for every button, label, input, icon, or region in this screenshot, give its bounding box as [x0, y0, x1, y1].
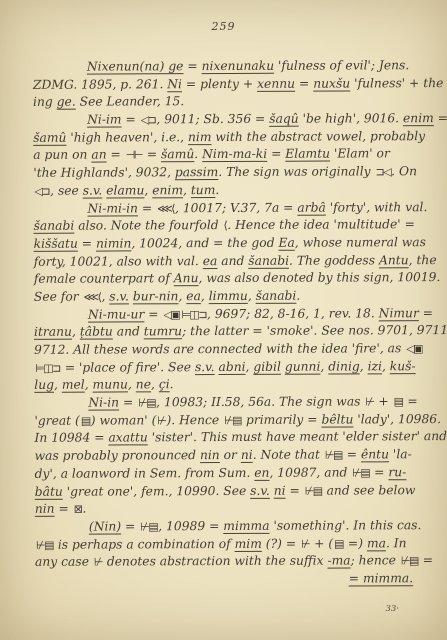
- text-segment: dinig: [328, 359, 360, 373]
- text-segment: kuš-: [390, 359, 416, 373]
- text-segment: =: [419, 553, 433, 567]
- text-segment: 'fulness of evil'; Jens.: [274, 58, 409, 73]
- text-segment: êntu: [361, 447, 389, 461]
- text-segment: kiššatu: [34, 237, 78, 251]
- text-segment: forty, 10021, also with val.: [34, 254, 203, 269]
- text-segment: 'la-: [389, 447, 412, 461]
- text-segment: . The goddess: [289, 253, 379, 267]
- text-segment: ZDMG. 1895, p. 261.: [33, 77, 167, 92]
- cuneiform-sign: ⊬: [300, 537, 310, 550]
- text-segment: (Nin): [89, 519, 121, 533]
- text-segment: 'high heaven', i.e.,: [66, 130, 188, 145]
- text-segment: , the: [409, 253, 437, 267]
- text-segment: ge.: [57, 95, 76, 109]
- cuneiform-sign: ⊬: [364, 395, 374, 408]
- text-segment: xennu: [257, 76, 295, 90]
- text-segment: (?) =: [262, 536, 300, 550]
- text-segment: =: [403, 394, 417, 408]
- text-segment: =: [144, 307, 162, 321]
- text-segment: izi: [368, 359, 382, 373]
- text-segment: 'be high', 9016.: [299, 111, 403, 125]
- text-segment: tum: [191, 183, 216, 197]
- text-segment: nuxšu: [313, 76, 350, 90]
- text-segment: .: [170, 378, 174, 392]
- text-segment: =: [55, 502, 73, 516]
- text-segment: =: [343, 448, 361, 462]
- text-segment: and see below: [323, 483, 416, 497]
- text-segment: ṭâbtu: [80, 325, 113, 339]
- text-segment: bêltu: [321, 412, 353, 426]
- text-segment: =): [344, 536, 367, 550]
- text-segment: Antu: [379, 253, 409, 267]
- scanned-manuscript-page: 259 Nixenun(na) ge = nixenunaku 'fulness…: [0, 0, 447, 640]
- text-segment: ,: [128, 378, 136, 392]
- text-segment: Anu: [174, 271, 199, 285]
- text-segment: =: [267, 147, 285, 161]
- text-line: šanabi also. Note the fourfold ⟨. Hence …: [34, 216, 420, 235]
- text-segment: . Hence the idea 'multitude' =: [227, 217, 415, 232]
- text-segment: =: [419, 306, 433, 320]
- text-segment: ni: [274, 483, 286, 497]
- text-segment: Ni-mu-ur: [88, 307, 144, 321]
- text-segment: .: [296, 289, 300, 303]
- cuneiform-sign: ▤: [393, 395, 404, 408]
- text-segment: 'forty', with val.: [326, 200, 428, 214]
- text-segment: gibil: [253, 359, 281, 373]
- cuneiform-sign: ⊬▤: [400, 554, 419, 567]
- cuneiform-sign: ◁⊐: [140, 113, 157, 126]
- text-segment: Nixenun(na) ge: [87, 59, 184, 73]
- text-segment: s.v.: [195, 360, 215, 374]
- text-segment: ,: [54, 378, 62, 392]
- cuneiform-sign: ⊬▤: [304, 484, 323, 497]
- text-segment: any case: [35, 555, 93, 569]
- text-segment: 'something'. In this cas.: [269, 518, 421, 533]
- text-segment: Ea: [278, 236, 294, 250]
- text-segment: . In: [386, 536, 407, 550]
- page-number: 259: [0, 20, 447, 33]
- text-line: Nixenun(na) ge = nixenunaku 'fulness of …: [33, 57, 419, 76]
- text-segment: primarily =: [242, 412, 321, 426]
- text-segment: nixenunaku: [202, 59, 275, 73]
- text-segment: ,: [201, 289, 209, 303]
- text-line: ZDMG. 1895, p. 261. Ni = plenty + xennu …: [33, 75, 419, 94]
- text-segment: =: [119, 395, 137, 409]
- text-segment: 'Elam' or: [330, 147, 390, 161]
- text-segment: axattu: [108, 431, 147, 445]
- text-segment: Elamtu: [285, 147, 330, 161]
- cuneiform-sign: ⊬: [93, 556, 103, 569]
- text-segment: enim: [152, 183, 183, 197]
- text-line: nin = ⊠.: [35, 499, 421, 518]
- text-segment: +: [374, 394, 392, 408]
- text-segment: + (: [310, 536, 333, 550]
- text-segment: ,: [144, 183, 152, 197]
- text-line: Ni-mu-ur = ◁▣ ⊨◫⊐, 9697; 82, 8-16, 1, re…: [34, 305, 420, 324]
- text-segment: šamû: [33, 130, 66, 144]
- text-segment: en: [254, 466, 269, 480]
- text-segment: mel: [62, 378, 85, 392]
- text-segment: female counterpart of: [34, 271, 174, 286]
- text-line: ⊬▤ is perhaps a combination of mim (?) =…: [35, 535, 421, 554]
- text-line: šamû 'high heaven', i.e., nim with the a…: [33, 128, 419, 147]
- text-line: 9712. All these words are connected with…: [34, 340, 420, 359]
- text-segment: =: [107, 148, 125, 162]
- text-line: lug, mel, munu, ne, çi.: [34, 376, 420, 395]
- text-segment: . On: [391, 164, 417, 178]
- cuneiform-sign: ◁▣ ⊨◫⊐: [162, 308, 207, 321]
- text-segment: 'great (: [34, 413, 79, 427]
- text-segment: šanabi: [248, 253, 289, 267]
- text-segment: , 10024, and = the god: [131, 236, 278, 251]
- cuneiform-sign: ⊬: [156, 414, 166, 427]
- text-segment: s.v.: [83, 183, 103, 197]
- text-segment: 'the Highlands', 9032,: [33, 165, 175, 180]
- text-segment: šanabi: [34, 219, 75, 233]
- text-segment: , 9697; 82, 8-16, 1, rev. 18.: [207, 306, 379, 321]
- text-segment: Ni-in: [88, 396, 119, 410]
- text-segment: arbâ: [297, 200, 325, 214]
- text-line: Ni-in = ⊬▤, 10983; II.58, 56a. The sign …: [34, 393, 420, 412]
- cuneiform-sign: ⊬▤: [35, 538, 54, 551]
- text-segment: ,: [320, 359, 328, 373]
- text-segment: limmu: [209, 289, 248, 303]
- text-segment: , 10989 =: [158, 519, 223, 533]
- text-segment: a pun on: [33, 148, 91, 162]
- text-segment: Ni-im: [87, 113, 122, 127]
- text-line: kiššatu = nimin, 10024, and = the god Ea…: [34, 234, 420, 253]
- text-line: See for ⋘⟨, s.v. bur-nin, ea, limmu, šan…: [34, 287, 420, 306]
- text-segment: See for: [34, 290, 83, 304]
- text-segment: s.v.: [250, 483, 270, 497]
- text-segment: itranu: [34, 325, 72, 339]
- cuneiform-sign: ⊐◁: [374, 165, 391, 178]
- text-segment: ,: [248, 289, 256, 303]
- text-segment: 'great one', fem., 10990. See: [63, 483, 250, 498]
- text-segment: nin: [200, 448, 220, 462]
- text-segment: =: [183, 59, 201, 73]
- manuscript-text: Nixenun(na) ge = nixenunaku 'fulness of …: [33, 57, 421, 589]
- text-line: bâtu 'great one', fem., 10990. See s.v. …: [35, 482, 421, 501]
- text-segment: is perhaps a combination of: [54, 537, 235, 552]
- text-segment: ; the latter = 'smoke'. See nos. 9701, 9…: [182, 323, 447, 338]
- cuneiform-sign: ⊨◫⊐: [34, 361, 61, 374]
- text-line: forty, 10021, also with val. ea and šana…: [34, 252, 420, 271]
- text-segment: ru-: [388, 465, 406, 479]
- cuneiform-sign: ▤: [80, 414, 91, 427]
- cuneiform-sign: ⋘⟨: [82, 290, 101, 303]
- text-segment: .: [194, 148, 202, 162]
- text-segment: denotes abstraction with the suffix: [103, 554, 328, 569]
- text-segment: = 'place of fire'. See: [61, 360, 195, 375]
- text-segment: šamû: [161, 148, 194, 162]
- text-segment: gunni: [285, 359, 321, 373]
- cuneiform-sign: ⊬▤: [139, 520, 158, 533]
- text-line: was probably pronounced nin or ni. Note …: [35, 446, 421, 465]
- text-segment: šanabi: [256, 289, 297, 303]
- text-segment: passim: [175, 165, 218, 179]
- text-segment: 'lady', 10986.: [353, 412, 441, 426]
- text-line: any case ⊬ denotes abstraction with the …: [35, 552, 421, 571]
- text-segment: an: [91, 148, 106, 162]
- text-segment: ,: [382, 359, 390, 373]
- text-segment: In 10984 =: [34, 431, 108, 445]
- text-segment: =: [78, 236, 96, 250]
- text-segment: ing: [33, 95, 57, 109]
- text-segment: , 9011; Sb. 356 =: [156, 112, 269, 126]
- text-segment: = plenty +: [182, 77, 257, 91]
- text-segment: and: [113, 325, 144, 339]
- cuneiform-sign: ⊬▤: [324, 449, 343, 462]
- cuneiform-sign: ▤: [333, 537, 344, 550]
- cuneiform-sign: ⋘⟨: [156, 202, 175, 215]
- text-segment: =: [295, 76, 313, 90]
- text-segment: =: [370, 465, 388, 479]
- text-segment: s.v.: [109, 289, 129, 303]
- text-segment: mimma: [223, 519, 269, 533]
- text-segment: tumru: [144, 325, 182, 339]
- text-segment: Ni: [167, 77, 182, 91]
- text-segment: nim: [188, 130, 212, 144]
- text-line: ◁⊐, see s.v. elamu, enim, tum.: [33, 181, 419, 200]
- text-segment: , was also denoted by this sign, 10019.: [198, 270, 440, 285]
- text-segment: Ni-mi-in: [87, 201, 138, 215]
- text-segment: , 10017; V.37, 7a =: [175, 200, 297, 215]
- cuneiform-sign: ◁▣: [405, 342, 423, 355]
- text-segment: nimin: [96, 236, 131, 250]
- text-line: female counterpart of Anu, was also deno…: [34, 269, 420, 288]
- text-segment: bâtu: [35, 484, 63, 498]
- text-segment: enim: [403, 111, 434, 125]
- text-segment: 9712. All these words are connected with…: [34, 341, 405, 357]
- text-segment: ) woman' (: [91, 413, 157, 427]
- text-segment: , see: [50, 183, 83, 197]
- text-segment: ma: [367, 536, 386, 550]
- text-segment: nin: [35, 502, 55, 516]
- text-line: ⊨◫⊐ = 'place of fire'. See s.v. abni, gi…: [34, 358, 420, 377]
- text-segment: dy', a loanword in Sem. from Sum.: [35, 466, 255, 481]
- text-line: = mimma.: [35, 570, 421, 589]
- cuneiform-sign: ◁⊐: [33, 185, 50, 198]
- cuneiform-sign: ⊣⊢: [125, 149, 143, 162]
- text-segment: mim: [235, 536, 262, 550]
- text-segment: çi: [159, 378, 170, 392]
- text-line: dy', a loanword in Sem. from Sum. en, 10…: [35, 464, 421, 483]
- text-line: itranu, ṭâbtu and tumru; the latter = 's…: [34, 322, 420, 341]
- signature-mark: 33·: [385, 604, 399, 614]
- text-segment: =: [121, 519, 139, 533]
- cuneiform-sign: ⊠: [73, 503, 83, 516]
- text-segment: ea: [186, 289, 201, 303]
- text-segment: or: [220, 448, 241, 462]
- text-segment: =: [286, 483, 304, 497]
- text-line: a pun on an = ⊣⊢ = šamû. Nim-ma-ki = Ela…: [33, 146, 419, 165]
- text-segment: =: [138, 201, 156, 215]
- text-segment: .: [215, 183, 219, 197]
- text-line: ing ge. See Leander, 15.: [33, 93, 419, 112]
- text-segment: munu: [93, 378, 128, 392]
- text-line: Ni-mi-in = ⋘⟨, 10017; V.37, 7a = arbâ 'f…: [33, 199, 419, 218]
- text-segment: ea: [203, 254, 218, 268]
- text-segment: =: [143, 148, 161, 162]
- text-segment: , 10987, and: [269, 465, 351, 479]
- text-line: (Nin) = ⊬▤, 10989 = mimma 'something'. I…: [35, 517, 421, 536]
- text-segment: abni: [218, 360, 245, 374]
- text-segment: 'sister'. This must have meant 'elder si…: [148, 429, 447, 444]
- text-segment: -ma: [327, 554, 350, 568]
- text-segment: .: [82, 502, 86, 516]
- text-segment: 'fulness' + the gen. end-: [350, 75, 447, 90]
- text-segment: . The sign was originally: [218, 164, 374, 179]
- text-segment: Nimur: [379, 306, 419, 320]
- text-segment: ,: [72, 325, 80, 339]
- text-segment: with the abstract vowel, probably: [211, 129, 425, 144]
- text-segment: , whose numeral was: [295, 235, 426, 250]
- text-segment: Nim-ma-ki: [202, 147, 267, 161]
- cuneiform-sign: ⊬▤: [223, 414, 242, 427]
- text-segment: also. Note the fourfold: [74, 218, 222, 233]
- text-segment: = mimma.: [349, 571, 413, 585]
- text-segment: ). Hence: [166, 413, 223, 427]
- text-segment: ne: [136, 378, 151, 392]
- text-segment: was probably pronounced: [35, 448, 200, 463]
- text-line: Ni-im = ◁⊐, 9011; Sb. 356 = šaqû 'be hig…: [33, 110, 419, 129]
- text-segment: ,: [151, 378, 159, 392]
- text-segment: =: [434, 111, 447, 125]
- text-segment: elamu: [106, 183, 144, 197]
- text-segment: lug: [34, 378, 54, 392]
- text-segment: . Note that: [253, 448, 324, 462]
- text-segment: šaqû: [269, 112, 298, 126]
- text-segment: bur-nin: [133, 289, 179, 303]
- text-segment: , 10983; II.58, 56a. The sign was: [156, 394, 364, 409]
- text-line: In 10984 = axattu 'sister'. This must ha…: [34, 429, 420, 448]
- text-segment: =: [122, 112, 140, 126]
- text-segment: ; hence: [351, 553, 400, 567]
- text-line: 'the Highlands', 9032, passim. The sign …: [33, 163, 419, 182]
- cuneiform-sign: ⊬▤: [137, 396, 156, 409]
- text-segment: ni: [241, 448, 253, 462]
- text-segment: See Leander, 15.: [76, 95, 185, 109]
- text-line: 'great (▤) woman' (⊬). Hence ⊬▤ primaril…: [34, 411, 420, 430]
- cuneiform-sign: ⊬▤: [351, 466, 370, 479]
- text-segment: and: [217, 253, 248, 267]
